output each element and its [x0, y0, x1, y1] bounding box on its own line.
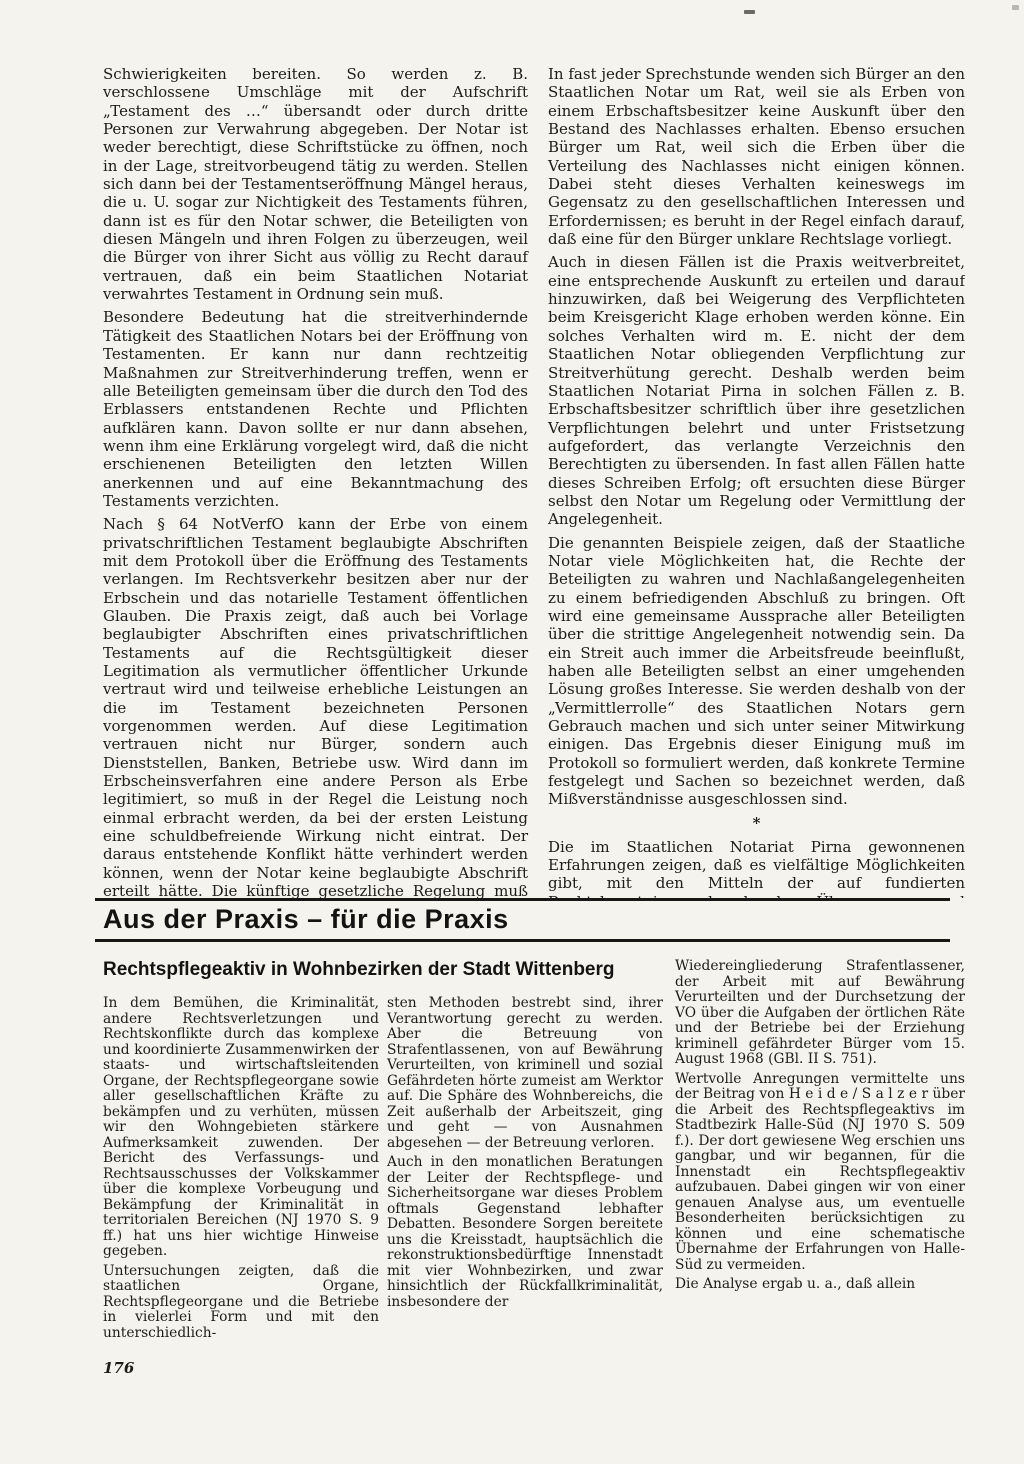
- praxis-article: Rechtspflegeaktiv in Wohnbezirken der St…: [103, 959, 965, 1345]
- paragraph: Die im Staatlichen Notariat Pirna gewonn…: [548, 838, 965, 898]
- top-article-left-column: Schwierigkeiten bereiten. So werden z. B…: [103, 65, 528, 898]
- top-article-right-column: In fast jeder Sprechstunde wenden sich B…: [548, 65, 965, 898]
- paragraph: Untersuchungen zeigten, daß die staatlic…: [103, 1264, 379, 1342]
- scan-artifact: [744, 10, 755, 14]
- paragraph: Wiedereingliederung Strafentlassener, de…: [675, 959, 965, 1068]
- paragraph: sten Methoden bestrebt sind, ihrer Veran…: [387, 996, 663, 1151]
- asterisk-separator: *: [548, 815, 965, 831]
- article-title: Rechtspflegeaktiv in Wohnbezirken der St…: [103, 959, 663, 981]
- top-article: Schwierigkeiten bereiten. So werden z. B…: [103, 65, 965, 898]
- praxis-columns-1-2: In dem Bemühen, die Kriminalität, andere…: [103, 996, 663, 1345]
- paragraph: Die Analyse ergab u. a., daß allein: [675, 1277, 965, 1293]
- praxis-column-1: In dem Bemühen, die Kriminalität, andere…: [103, 996, 379, 1345]
- paragraph: Auch in diesen Fällen ist die Praxis wei…: [548, 253, 965, 528]
- paragraph: In fast jeder Sprechstunde wenden sich B…: [548, 65, 965, 248]
- section-banner: Aus der Praxis – für die Praxis: [95, 898, 950, 942]
- praxis-article-left-block: Rechtspflegeaktiv in Wohnbezirken der St…: [103, 959, 663, 1345]
- page-number: 176: [103, 1359, 965, 1377]
- praxis-column-3: Wiedereingliederung Strafentlassener, de…: [675, 959, 965, 1345]
- paragraph: Besondere Bedeutung hat die streitverhin…: [103, 308, 528, 510]
- paragraph: In dem Bemühen, die Kriminalität, andere…: [103, 996, 379, 1260]
- section-banner-title: Aus der Praxis – für die Praxis: [95, 901, 950, 939]
- praxis-column-2: sten Methoden bestrebt sind, ihrer Veran…: [387, 996, 663, 1345]
- paragraph: Nach § 64 NotVerfO kann der Erbe von ein…: [103, 515, 528, 898]
- scan-artifact: [1012, 5, 1019, 10]
- paragraph: Wertvolle Anregungen vermittelte uns der…: [675, 1072, 965, 1274]
- paragraph: Die genannten Beispiele zeigen, daß der …: [548, 534, 965, 809]
- paragraph: Auch in den monatlichen Beratungen der L…: [387, 1155, 663, 1310]
- paragraph: Schwierigkeiten bereiten. So werden z. B…: [103, 65, 528, 303]
- banner-bottom-rule: [95, 939, 950, 942]
- journal-page: Schwierigkeiten bereiten. So werden z. B…: [0, 0, 1024, 1464]
